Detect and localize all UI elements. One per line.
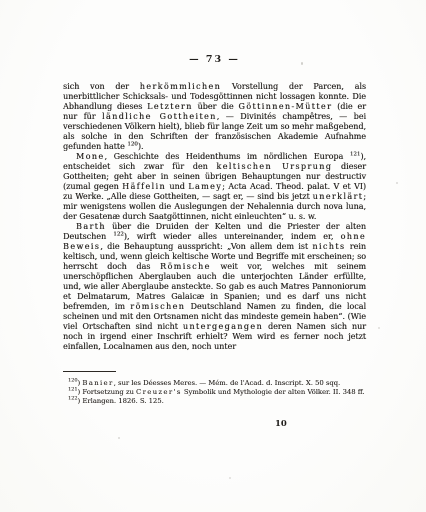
text-segment: ).	[138, 142, 144, 151]
footnote-reference: 122	[68, 396, 78, 402]
body-text: sich von der herkömmlichen Vorstellung d…	[63, 82, 366, 352]
footnote-reference: 121	[68, 387, 78, 393]
text-segment: Banier	[82, 379, 113, 387]
text-segment: keltischen Ursprung	[216, 162, 332, 171]
text-segment: , die Behauptung ausspricht: „Von allem …	[100, 242, 312, 251]
footnote-reference: 120	[127, 141, 138, 147]
scan-speck	[396, 182, 398, 184]
text-segment: über die	[193, 102, 239, 111]
footnote-reference: 122	[113, 231, 124, 237]
paragraph-2: Mone, Geschichte des Heidenthums im nörd…	[63, 152, 366, 222]
text-segment: Lamey	[188, 182, 222, 191]
footnote-separator-rule	[63, 371, 116, 372]
text-segment: herkömmlichen	[140, 82, 221, 91]
footnote-120: 120) Banier, sur les Déesses Meres. — Mé…	[68, 379, 366, 388]
text-segment: Symbolik und Mythologie der alten Völker…	[182, 388, 365, 396]
text-segment: ländliche Gottheiten	[102, 112, 217, 121]
scanned-book-page: — 73 — sich von der herkömmlichen Vorste…	[0, 0, 426, 512]
text-segment: , Geschichte des Heidenthums im nördlich…	[105, 152, 350, 161]
footnote-reference: 121	[350, 151, 361, 157]
text-segment: untergegangen	[183, 322, 263, 331]
text-segment: , sur les Déesses Meres. — Mém. de l'Aca…	[114, 379, 341, 387]
text-segment: römischen	[130, 302, 185, 311]
text-segment: Mone	[76, 152, 105, 161]
text-segment: Göttinnen-Mütter	[238, 102, 332, 111]
footnote-reference: 120	[68, 378, 78, 384]
text-segment: nichts	[312, 242, 345, 251]
scan-speck	[118, 437, 120, 439]
text-segment: Römische	[160, 262, 211, 271]
text-segment: Häffelin	[122, 182, 166, 191]
footnotes-block: 120) Banier, sur les Déesses Meres. — Mé…	[68, 379, 366, 406]
footnote-121: 121) Fortsetzung zu Creuzer's Symbolik u…	[68, 388, 366, 397]
text-segment: unerklärt	[313, 192, 364, 201]
scan-speck	[229, 477, 231, 479]
paragraph-3: Barth über die Druiden der Kelten und di…	[63, 222, 366, 352]
text-segment: und	[166, 182, 188, 191]
text-segment: Barth	[76, 222, 106, 231]
text-segment: ), wirft wieder alles untereinander, ind…	[124, 232, 341, 241]
text-segment: Creuzer's	[136, 388, 182, 396]
text-segment: ) Erlangen. 1826. S. 125.	[78, 397, 164, 405]
text-segment: Letztern	[147, 102, 193, 111]
text-segment: ) Fortsetzung zu	[78, 388, 136, 396]
page-number-header: — 73 —	[63, 54, 366, 65]
text-segment: sich von der	[63, 82, 140, 91]
footnote-122: 122) Erlangen. 1826. S. 125.	[68, 397, 366, 406]
sheet-signature-number: 10	[275, 419, 287, 429]
scan-speck	[378, 327, 380, 329]
scan-speck	[301, 62, 303, 65]
paragraph-1: sich von der herkömmlichen Vorstellung d…	[63, 82, 366, 152]
